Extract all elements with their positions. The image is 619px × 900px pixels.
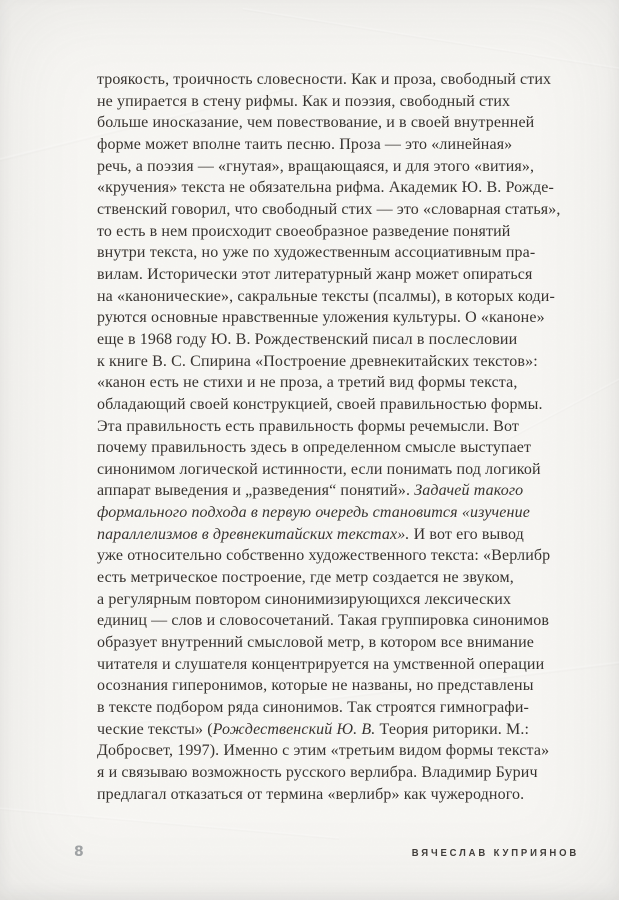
text-segment: я и связываю возможность русского верлиб…: [97, 764, 538, 781]
text-segment: к книге В. С. Спирина «Построение древне…: [97, 353, 538, 370]
text-line: еще в 1968 году Ю. В. Рождественский пис…: [97, 329, 559, 351]
text-line: уже относительно собственно художественн…: [97, 545, 559, 567]
text-line: внутри текста, но уже по художественным …: [97, 242, 559, 264]
text-line: ческие тексты» (Рождественский Ю. В. Тео…: [97, 719, 559, 741]
text-line: параллелизмов в древнекитайских текстах»…: [97, 524, 559, 546]
text-segment: ственский говорил, что свободный стих — …: [97, 201, 561, 218]
text-line: единиц — слов и словосочетаний. Такая гр…: [97, 610, 559, 632]
text-segment: форме может вполне таить песню. Проза — …: [97, 136, 512, 153]
paper-crease: [242, 7, 619, 77]
text-line: обладающий своей конструкцией, своей пра…: [97, 394, 559, 416]
text-segment: Теория риторики. М.:: [375, 721, 529, 738]
text-segment: Эта правильность есть правильность формы…: [97, 418, 519, 435]
text-line: к книге В. С. Спирина «Построение древне…: [97, 351, 559, 373]
text-line: Эта правильность есть правильность формы…: [97, 416, 559, 438]
text-segment: уже относительно собственно художественн…: [97, 547, 550, 564]
text-line: то есть в нем происходит своеобразное ра…: [97, 221, 559, 243]
italic-text-segment: Рождественский Ю. В.: [213, 721, 376, 738]
text-segment: предлагал отказаться от термина «верлибр…: [97, 786, 524, 803]
text-line: вилам. Исторически этот литературный жан…: [97, 264, 559, 286]
text-segment: ческие тексты» (: [97, 721, 213, 738]
text-segment: внутри текста, но уже по художественным …: [97, 244, 535, 261]
italic-text-segment: формального подхода в первую очередь ста…: [97, 504, 530, 521]
text-line: троякость, троичность словесности. Как и…: [97, 69, 559, 91]
text-segment: обладающий своей конструкцией, своей пра…: [97, 396, 543, 413]
text-line: формального подхода в первую очередь ста…: [97, 502, 559, 524]
text-segment: синонимом логической истинности, если по…: [97, 461, 541, 478]
text-line: «канон есть не стихи и не проза, а трети…: [97, 372, 559, 394]
text-line: больше иносказание, чем повествование, и…: [97, 112, 559, 134]
text-segment: аппарат выведения и „разведения“ понятий…: [97, 482, 414, 499]
text-segment: руются основные нравственные уложения ку…: [97, 309, 545, 326]
text-line: ственский говорил, что свободный стих — …: [97, 199, 559, 221]
text-segment: почему правильность здесь в определенном…: [97, 439, 531, 456]
text-line: предлагал отказаться от термина «верлибр…: [97, 784, 559, 806]
text-line: осознания гиперонимов, которые не назван…: [97, 675, 559, 697]
text-segment: речь, а поэзия — «гнутая», вращающаяся, …: [97, 158, 534, 175]
book-page: троякость, троичность словесности. Как и…: [0, 0, 619, 900]
text-segment: еще в 1968 году Ю. В. Рождественский пис…: [97, 331, 517, 348]
text-line: есть метрическое построение, где метр со…: [97, 567, 559, 589]
text-segment: «кручения» текста не обязательна рифма. …: [97, 179, 554, 196]
text-segment: есть метрическое построение, где метр со…: [97, 569, 514, 586]
text-line: образует внутренний смысловой метр, в ко…: [97, 632, 559, 654]
italic-text-segment: Задачей такого: [414, 482, 523, 499]
page-number: 8: [74, 844, 84, 860]
body-text-block: троякость, троичность словесности. Как и…: [97, 69, 559, 805]
text-segment: «канон есть не стихи и не проза, а трети…: [97, 374, 517, 391]
text-line: речь, а поэзия — «гнутая», вращающаяся, …: [97, 156, 559, 178]
italic-text-segment: параллелизмов в древнекитайских текстах»…: [97, 526, 409, 543]
text-segment: осознания гиперонимов, которые не назван…: [97, 677, 534, 694]
text-line: «кручения» текста не обязательна рифма. …: [97, 177, 559, 199]
text-segment: а регулярным повтором синонимизирующихся…: [97, 591, 511, 608]
text-segment: образует внутренний смысловой метр, в ко…: [97, 634, 534, 651]
text-segment: единиц — слов и словосочетаний. Такая гр…: [97, 612, 549, 629]
text-segment: не упирается в стену рифмы. Как и поэзия…: [97, 93, 510, 110]
text-line: почему правильность здесь в определенном…: [97, 437, 559, 459]
text-line: форме может вполне таить песню. Проза — …: [97, 134, 559, 156]
text-line: читателя и слушателя концентрируется на …: [97, 654, 559, 676]
text-segment: читателя и слушателя концентрируется на …: [97, 656, 544, 673]
text-segment: вилам. Исторически этот литературный жан…: [97, 266, 533, 283]
running-author-footer: ВЯЧЕСЛАВ КУПРИЯНОВ: [412, 848, 579, 859]
text-line: синонимом логической истинности, если по…: [97, 459, 559, 481]
text-segment: то есть в нем происходит своеобразное ра…: [97, 223, 511, 240]
text-line: на «канонические», сакральные тексты (пс…: [97, 286, 559, 308]
text-line: руются основные нравственные уложения ку…: [97, 307, 559, 329]
text-line: не упирается в стену рифмы. Как и поэзия…: [97, 91, 559, 113]
paper-crease: [0, 803, 339, 840]
text-segment: в тексте подбором ряда синонимов. Так ст…: [97, 699, 529, 716]
text-line: в тексте подбором ряда синонимов. Так ст…: [97, 697, 559, 719]
text-line: а регулярным повтором синонимизирующихся…: [97, 589, 559, 611]
text-line: Добросвет, 1997). Именно с этим «третьим…: [97, 740, 559, 762]
text-line: аппарат выведения и „разведения“ понятий…: [97, 480, 559, 502]
text-segment: И вот его вывод: [409, 526, 523, 543]
text-line: я и связываю возможность русского верлиб…: [97, 762, 559, 784]
text-segment: Добросвет, 1997). Именно с этим «третьим…: [97, 742, 549, 759]
text-segment: троякость, троичность словесности. Как и…: [97, 71, 551, 88]
text-segment: на «канонические», сакральные тексты (пс…: [97, 288, 555, 305]
text-segment: больше иносказание, чем повествование, и…: [97, 114, 534, 131]
